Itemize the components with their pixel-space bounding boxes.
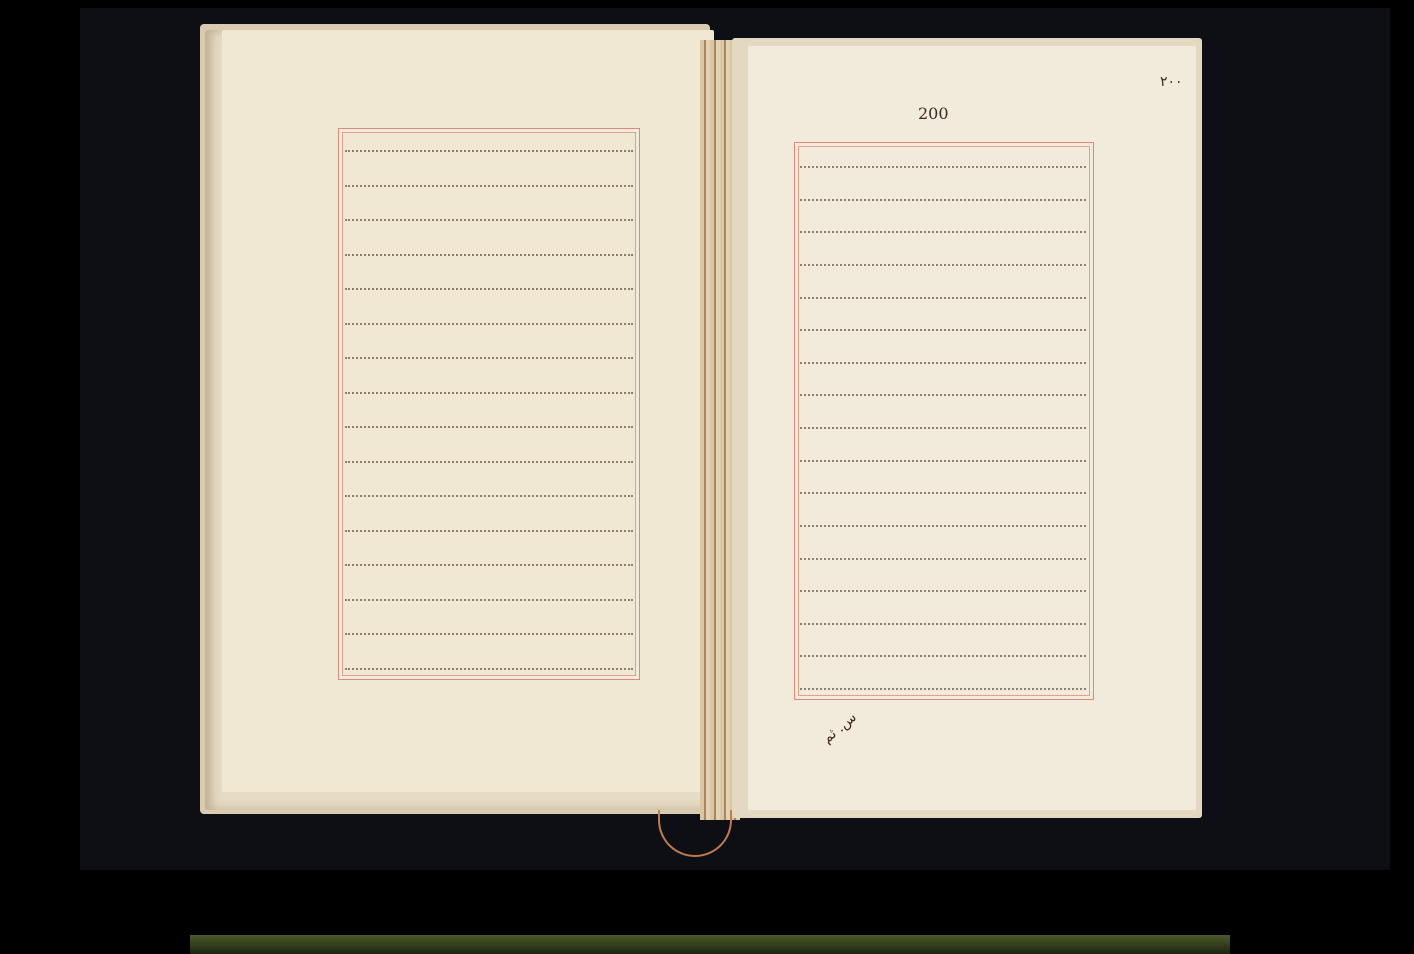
bottom-strip bbox=[190, 935, 1230, 954]
text-line bbox=[800, 542, 1086, 560]
text-line bbox=[345, 238, 633, 256]
text-line bbox=[800, 183, 1086, 201]
text-line bbox=[800, 281, 1086, 299]
text-line bbox=[800, 607, 1086, 625]
text-line bbox=[345, 479, 633, 497]
text-line bbox=[800, 476, 1086, 494]
text-line bbox=[345, 617, 633, 635]
left-text-block bbox=[345, 134, 633, 670]
text-line bbox=[345, 514, 633, 532]
text-line bbox=[800, 444, 1086, 462]
text-line bbox=[800, 215, 1086, 233]
text-line bbox=[800, 378, 1086, 396]
text-line bbox=[345, 307, 633, 325]
text-line bbox=[800, 672, 1086, 690]
text-line bbox=[800, 150, 1086, 168]
folio-mark: ٢٠٠ bbox=[1160, 74, 1183, 90]
text-line bbox=[800, 639, 1086, 657]
text-line bbox=[345, 341, 633, 359]
text-line bbox=[800, 313, 1086, 331]
text-line bbox=[800, 248, 1086, 266]
page-number: 200 bbox=[918, 104, 949, 123]
text-line bbox=[345, 652, 633, 670]
text-line bbox=[345, 169, 633, 187]
text-line bbox=[345, 445, 633, 463]
text-line bbox=[345, 583, 633, 601]
text-line bbox=[345, 203, 633, 221]
text-line bbox=[800, 574, 1086, 592]
text-line bbox=[345, 548, 633, 566]
text-line bbox=[345, 410, 633, 428]
right-text-block bbox=[800, 150, 1086, 690]
text-line bbox=[800, 411, 1086, 429]
text-line bbox=[345, 376, 633, 394]
text-line bbox=[800, 509, 1086, 527]
text-line bbox=[345, 134, 633, 152]
text-line bbox=[800, 346, 1086, 364]
text-line bbox=[345, 272, 633, 290]
